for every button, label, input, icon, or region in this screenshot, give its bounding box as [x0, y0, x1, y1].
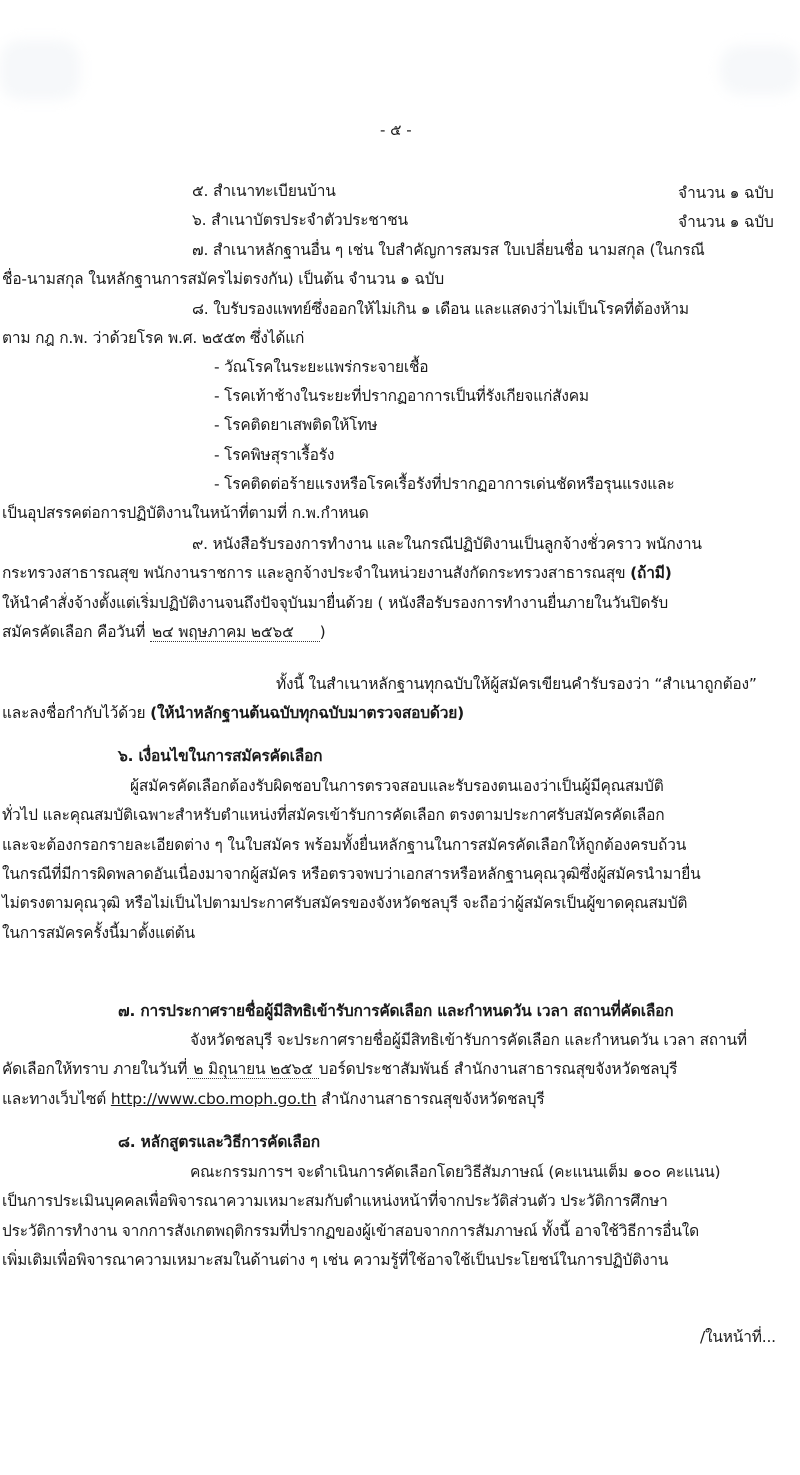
disease-item: - โรคติดต่อร้ายแรงหรือโรคเรื้อรังที่ปราก…	[214, 469, 798, 499]
announce-date-label: คัดเลือกให้ทราบ ภายในวันที่	[2, 1060, 187, 1078]
section-6-line: ในการสมัครครั้งนี้มาตั้งแต่ต้น	[2, 918, 195, 948]
section-6-line: ผู้สมัครคัดเลือกต้องรับผิดชอบในการตรวจสอ…	[130, 771, 664, 801]
disease-item: - โรคเท้าช้างในระยะที่ปรากฏอาการเป็นที่ร…	[214, 381, 589, 411]
continuation-note: /ในหน้าที่...	[700, 1322, 776, 1352]
section-8-line: เป็นการประเมินบุคคลเพื่อพิจารณาความเหมาะ…	[2, 1186, 668, 1216]
item-7-line1: ๗. สำเนาหลักฐานอื่น ๆ เช่น ใบสำคัญการสมร…	[192, 235, 798, 265]
disease-item: - โรคพิษสุราเรื้อรัง	[214, 440, 334, 470]
section-8-line: คณะกรรมการฯ จะดำเนินการคัดเลือกโดยวิธีสั…	[190, 1157, 720, 1187]
item-9-line3: ให้นำคำสั่งจ้างตั้งแต่เริ่มปฏิบัติงานจนถ…	[2, 588, 668, 618]
document-page: - ๕ - ๕. สำเนาทะเบียนบ้าน จำนวน ๑ ฉบับ ๖…	[0, 0, 800, 1475]
note-bold: (ให้นำหลักฐานต้นฉบับทุกฉบับมาตรวจสอบด้วย…	[150, 704, 464, 722]
section-6-heading: ๖. เงื่อนไขในการสมัครคัดเลือก	[118, 741, 322, 771]
item-6-qty: จำนวน ๑ ฉบับ	[678, 207, 774, 237]
item-8-line2: ตาม กฎ ก.พ. ว่าด้วยโรค พ.ศ. ๒๕๕๓ ซึ่งได้…	[2, 323, 304, 353]
website-owner: สำนักงานสาธารณสุขจังหวัดชลบุรี	[316, 1090, 544, 1108]
section-6-line: ทั่วไป และคุณสมบัติเฉพาะสำหรับตำแหน่งที่…	[2, 800, 664, 830]
closing-date: ๒๔ พฤษภาคม ๒๕๖๕	[150, 623, 320, 642]
item-9-line2: กระทรวงสาธารณสุข พนักงานราชการ และลูกจ้า…	[2, 558, 672, 588]
website-link[interactable]: http://www.cbo.moph.go.th	[111, 1090, 317, 1108]
section-8-line: เพิ่มเติมเพื่อพิจารณาความเหมาะสมในด้านต่…	[2, 1245, 668, 1275]
disease-item: - วัณโรคในระยะแพร่กระจายเชื้อ	[214, 352, 428, 382]
closing-paren: )	[320, 623, 326, 641]
if-any-note: (ถ้ามี)	[630, 564, 671, 582]
section-6-line: และจะต้องกรอกรายละเอียดต่าง ๆ ในใบสมัคร …	[2, 830, 686, 860]
item-9-line2-text: กระทรวงสาธารณสุข พนักงานราชการ และลูกจ้า…	[2, 564, 630, 582]
announce-date: ๒ มิถุนายน ๒๕๖๕	[187, 1060, 319, 1079]
note-line2: และลงชื่อกำกับไว้ด้วย (ให้นำหลักฐานต้นฉบ…	[2, 698, 464, 728]
section-7-heading: ๗. การประกาศรายชื่อผู้มีสิทธิเข้ารับการค…	[118, 996, 673, 1026]
announce-location: บอร์ดประชาสัมพันธ์ สำนักงานสาธารณสุขจังห…	[319, 1060, 677, 1078]
scan-artifact	[0, 40, 80, 100]
section-7-line2: คัดเลือกให้ทราบ ภายในวันที่๒ มิถุนายน ๒๕…	[2, 1054, 677, 1084]
section-8-line: ประวัติการทำงาน จากการสังเกตพฤติกรรมที่ป…	[2, 1216, 699, 1246]
item-5-label: ๕. สำเนาทะเบียนบ้าน	[192, 176, 336, 206]
disease-item: - โรคติดยาเสพติดให้โทษ	[214, 410, 377, 440]
section-6-line: ไม่ตรงตามคุณวุฒิ หรือไม่เป็นไปตามประกาศร…	[2, 888, 687, 918]
closing-date-label: สมัครคัดเลือก คือวันที่	[2, 623, 150, 641]
item-5-qty: จำนวน ๑ ฉบับ	[678, 178, 774, 208]
item-9-line1: ๙. หนังสือรับรองการทำงาน และในกรณีปฏิบัต…	[192, 529, 798, 559]
item-9-line4: สมัครคัดเลือก คือวันที่ ๒๔ พฤษภาคม ๒๕๖๕)	[2, 617, 325, 647]
section-6-line: ในกรณีที่มีการผิดพลาดอันเนื่องมาจากผู้สม…	[2, 859, 701, 889]
item-7-line2: ชื่อ-นามสกุล ในหลักฐานการสมัครไม่ตรงกัน)…	[2, 264, 444, 294]
section-8-heading: ๘. หลักสูตรและวิธีการคัดเลือก	[118, 1127, 320, 1157]
disease-continuation: เป็นอุปสรรคต่อการปฏิบัติงานในหน้าที่ตามท…	[2, 498, 369, 528]
section-7-line1: จังหวัดชลบุรี จะประกาศรายชื่อผู้มีสิทธิเ…	[190, 1025, 747, 1055]
note-line2-text: และลงชื่อกำกับไว้ด้วย	[2, 704, 150, 722]
item-8-line1: ๘. ใบรับรองแพทย์ซึ่งออกให้ไม่เกิน ๑ เดือ…	[192, 294, 798, 324]
page-number: - ๕ -	[380, 118, 412, 142]
item-6-label: ๖. สำเนาบัตรประจำตัวประชาชน	[192, 205, 408, 235]
section-7-line3: และทางเว็บไซต์ http://www.cbo.moph.go.th…	[2, 1084, 545, 1114]
note-line1: ทั้งนี้ ในสำเนาหลักฐานทุกฉบับให้ผู้สมัคร…	[276, 669, 757, 699]
scan-artifact	[720, 45, 800, 95]
website-label: และทางเว็บไซต์	[2, 1090, 111, 1108]
